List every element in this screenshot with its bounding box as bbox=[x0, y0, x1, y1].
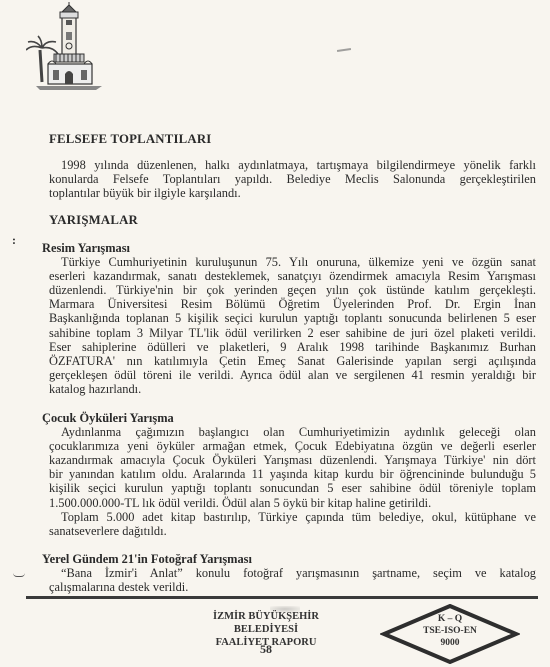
text-line: Marmara Üniversitesi Resim Bölümü Öğreti… bbox=[37, 297, 536, 311]
certification-text: K – Q TSE-ISO-EN 9000 bbox=[380, 613, 520, 649]
text-line: çalışmalarına destek verildi. bbox=[37, 580, 536, 594]
document-body: FELSEFE TOPLANTILARI 1998 yılında düzenl… bbox=[37, 132, 536, 595]
text-line: eserleri kazandırmak, sanatı desteklemek… bbox=[37, 269, 536, 283]
text-line: konularda Felsefe Toplantıları yapıldı. … bbox=[37, 172, 536, 186]
paragraph-resim-yarismasi: Türkiye Cumhuriyetinin kuruluşunun 75. Y… bbox=[37, 255, 536, 397]
text-line: Toplam 5.000 adet kitap bastırılıp, Türk… bbox=[37, 510, 536, 524]
section-heading-yarismalar: YARIŞMALAR bbox=[49, 213, 536, 227]
cert-standard: TSE-ISO-EN bbox=[380, 625, 520, 637]
text-line: Eser sahiplerine ödülleri ve plaketleri,… bbox=[37, 340, 536, 354]
text-line: kişilik seçici kurulun yaptığı toplantı … bbox=[37, 481, 536, 495]
text-line: “Bana İzmir'i Anlat” konulu fotoğraf yar… bbox=[37, 566, 536, 580]
page-number: 58 bbox=[246, 642, 286, 657]
paragraph-felsefe: 1998 yılında düzenlenen, halkı aydınlatm… bbox=[37, 158, 536, 201]
subheading-resim-yarismasi: Resim Yarışması bbox=[42, 241, 536, 255]
footer-divider bbox=[26, 596, 538, 599]
text-line: gerçekleşen ödül töreni ile verildi. Ayr… bbox=[37, 368, 536, 382]
text-line: Başkanlığında toplanan 5 kişilik seçici … bbox=[37, 311, 536, 325]
text-line: 1998 yılında düzenlenen, halkı aydınlatm… bbox=[37, 158, 536, 172]
clock-tower-icon bbox=[26, 2, 106, 92]
margin-mark: : bbox=[12, 233, 16, 248]
paragraph-fotograf-yarismasi: “Bana İzmir'i Anlat” konulu fotoğraf yar… bbox=[37, 566, 536, 594]
text-line: kazandırmak amacıyla Çocuk Öyküleri Yarı… bbox=[37, 453, 536, 467]
scan-speck bbox=[337, 48, 351, 52]
text-line: sanatseverlere dağıtıldı. bbox=[37, 524, 536, 538]
text-line: Aydınlanma çağımızın başlangıcı olan Cum… bbox=[37, 425, 536, 439]
text-line: bir yanından katılım oldu. Aralarında 11… bbox=[37, 467, 536, 481]
margin-squiggle-mark bbox=[13, 573, 25, 577]
text-line: katalog hazırlandı. bbox=[37, 382, 536, 396]
text-line: çocuklarımıza yeni öyküler armağan etmek… bbox=[37, 439, 536, 453]
text-line: 1.500.000.000-TL lık ödül verildi. Ödül … bbox=[37, 496, 536, 510]
cert-kq: K – Q bbox=[380, 613, 520, 625]
subheading-fotograf-yarismasi: Yerel Gündem 21'in Fotoğraf Yarışması bbox=[42, 552, 536, 566]
text-line: ÖZFATURA' nın katılımıyla Çetin Emeç San… bbox=[37, 354, 536, 368]
subheading-cocuk-oykuleri: Çocuk Öyküleri Yarışma bbox=[42, 411, 536, 425]
section-heading-felsefe: FELSEFE TOPLANTILARI bbox=[49, 132, 536, 146]
text-line: Türkiye Cumhuriyetinin kuruluşunun 75. Y… bbox=[37, 255, 536, 269]
paragraph-cocuk-oykuleri: Aydınlanma çağımızın başlangıcı olan Cum… bbox=[37, 425, 536, 539]
footer-org-name: İZMİR BÜYÜKŞEHİR BELEDİYESİ bbox=[180, 610, 352, 636]
certification-badge: K – Q TSE-ISO-EN 9000 bbox=[380, 604, 520, 664]
text-line: toplantılar büyük bir ilgiyle karşılandı… bbox=[37, 186, 536, 200]
cert-number: 9000 bbox=[380, 637, 520, 649]
report-page: : FELSEFE TOPLANTILARI 1998 yılında düze… bbox=[0, 0, 550, 667]
text-line: düzenlendi. Türkiye'nin bir çok yerinden… bbox=[37, 283, 536, 297]
text-line: sahibine toplam 3 Milyar TL'lik ödül ver… bbox=[37, 326, 536, 340]
